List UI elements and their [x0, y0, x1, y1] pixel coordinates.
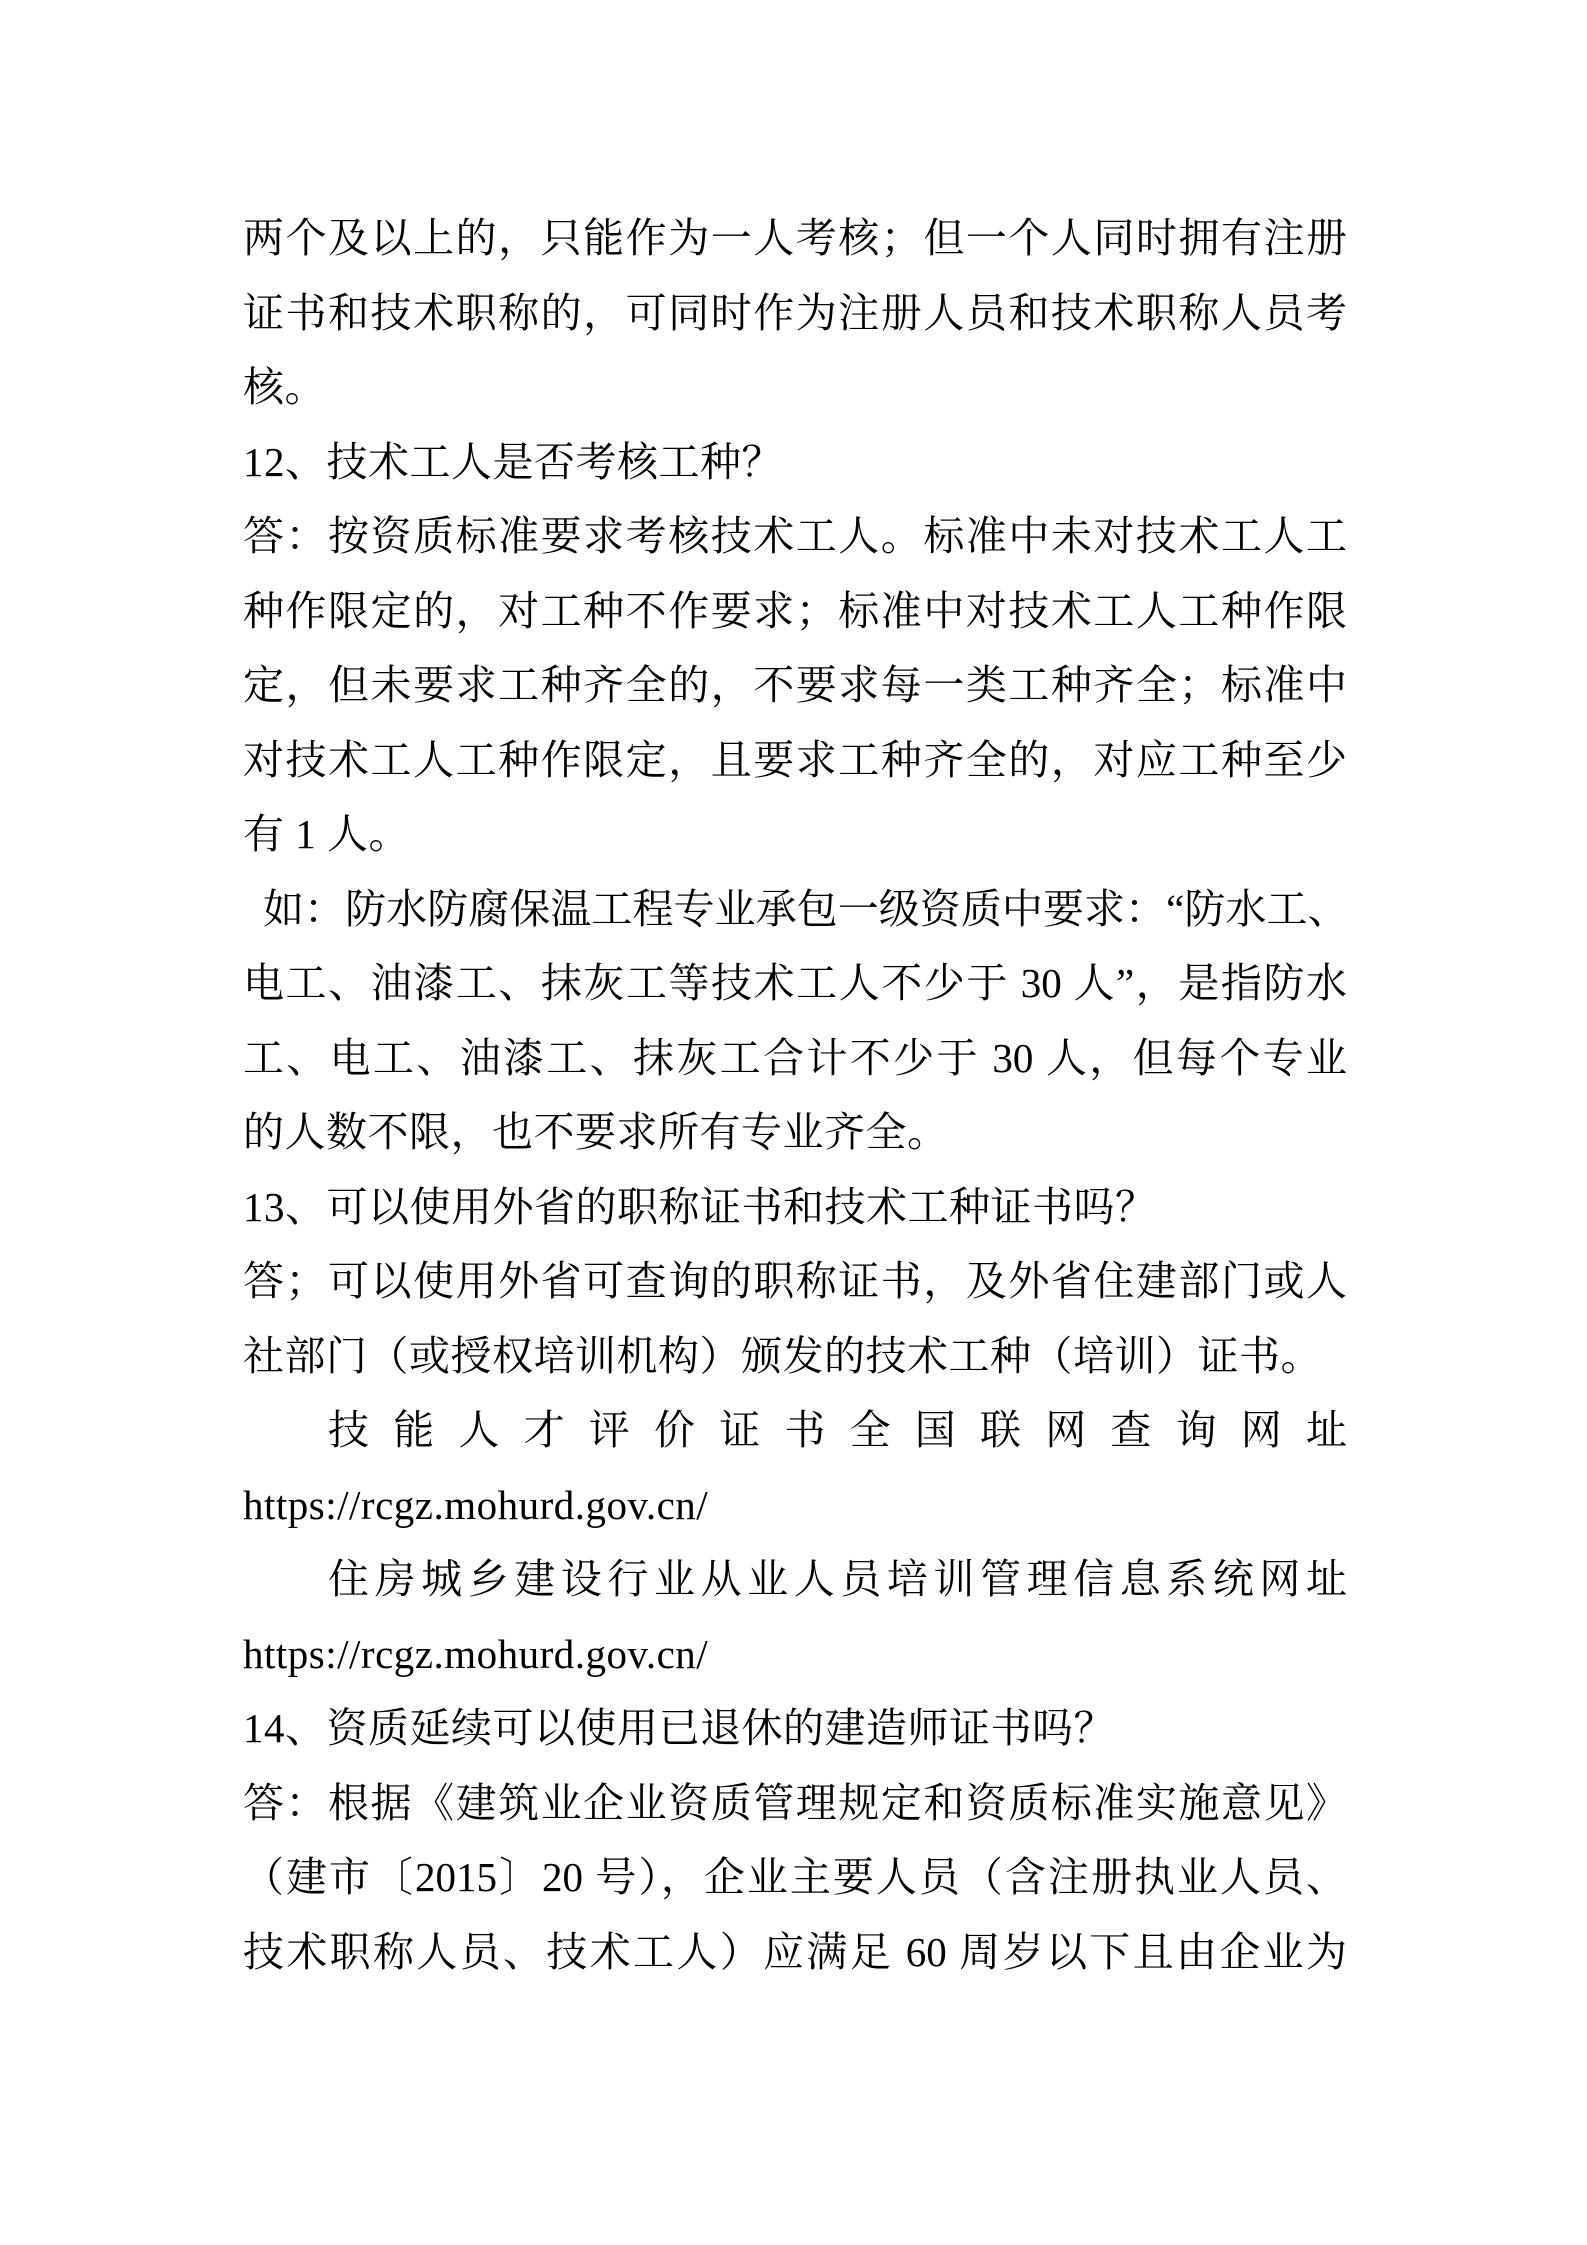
site-name-line: 技能人才评价证书全国联网查询网址 — [243, 1393, 1347, 1468]
answer-line: 有 1 人。 — [243, 797, 1347, 872]
example-line: 电工、油漆工、抹灰工等技术工人不少于 30 人”，是指防水 — [243, 946, 1347, 1021]
answer-line: 答：根据《建筑业企业资质管理规定和资质标准实施意见》 — [243, 1766, 1347, 1841]
body-line: 两个及以上的，只能作为一人考核；但一个人同时拥有注册 — [243, 201, 1347, 276]
question-12-heading: 12、技术工人是否考核工种？ — [243, 425, 1347, 500]
site-name-line: 住房城乡建设行业从业人员培训管理信息系统网址 — [243, 1542, 1347, 1617]
document-page: 两个及以上的，只能作为一人考核；但一个人同时拥有注册 证书和技术职称的，可同时作… — [0, 0, 1587, 2245]
answer-line: 技术职称人员、技术工人）应满足 60 周岁以下且由企业为 — [243, 1915, 1347, 1990]
answer-line: 答：按资质标准要求考核技术工人。标准中未对技术工人工 — [243, 499, 1347, 574]
example-line: 的人数不限，也不要求所有专业齐全。 — [243, 1095, 1347, 1170]
url-line: https://rcgz.mohurd.gov.cn/ — [243, 1617, 1347, 1692]
answer-line: 定，但未要求工种齐全的，不要求每一类工种齐全；标准中 — [243, 648, 1347, 723]
body-line: 核。 — [243, 350, 1347, 425]
question-14-heading: 14、资质延续可以使用已退休的建造师证书吗？ — [243, 1691, 1347, 1766]
example-line: 如：防水防腐保温工程专业承包一级资质中要求：“防水工、 — [243, 872, 1347, 947]
body-line: 证书和技术职称的，可同时作为注册人员和技术职称人员考 — [243, 276, 1347, 351]
answer-line: 对技术工人工种作限定，且要求工种齐全的，对应工种至少 — [243, 723, 1347, 798]
example-line: 工、电工、油漆工、抹灰工合计不少于 30 人，但每个专业 — [243, 1021, 1347, 1096]
answer-line: （建市〔2015〕20 号），企业主要人员（含注册执业人员、 — [243, 1840, 1347, 1915]
answer-line: 社部门（或授权培训机构）颁发的技术工种（培训）证书。 — [243, 1319, 1347, 1394]
question-13-heading: 13、可以使用外省的职称证书和技术工种证书吗？ — [243, 1170, 1347, 1245]
text-block: 两个及以上的，只能作为一人考核；但一个人同时拥有注册 证书和技术职称的，可同时作… — [243, 201, 1347, 1989]
url-line: https://rcgz.mohurd.gov.cn/ — [243, 1468, 1347, 1543]
answer-line: 种作限定的，对工种不作要求；标准中对技术工人工种作限 — [243, 574, 1347, 649]
answer-line: 答；可以使用外省可查询的职称证书，及外省住建部门或人 — [243, 1244, 1347, 1319]
